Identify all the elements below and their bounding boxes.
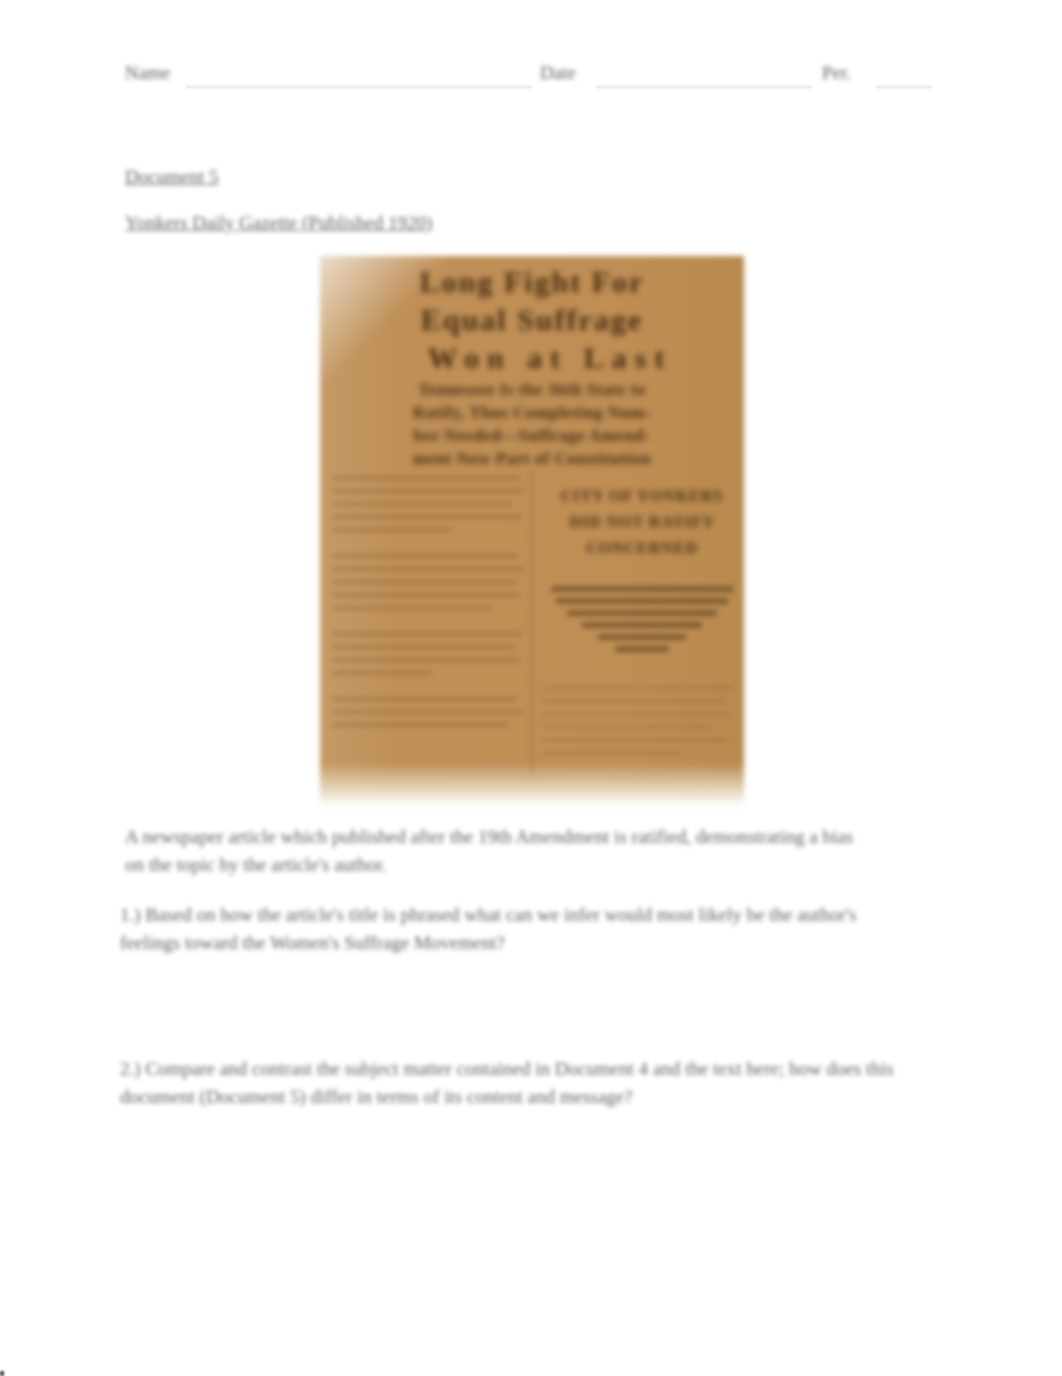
document-heading: Document 5 xyxy=(125,164,218,192)
subhead-line: Ratify, Thus Completing Num- xyxy=(330,401,734,424)
subhead-line: ment Now Part of Constitution xyxy=(330,447,734,470)
date-blank-line xyxy=(596,86,812,88)
pyramid-paragraph xyxy=(542,586,742,658)
caption-line: on the topic by the article's author. xyxy=(125,852,853,880)
question-line: document (Document 5) differ in terms of… xyxy=(120,1084,894,1112)
question-line: 1.) Based on how the article's title is … xyxy=(120,902,857,930)
source-line: Yonkers Daily Gazette (Published 1920) xyxy=(125,210,432,238)
crosshead-line: CONCERNED xyxy=(542,536,742,562)
subhead-line: ber Needed—Suffrage Amend- xyxy=(330,424,734,447)
headline-line: Won at Last xyxy=(320,340,744,378)
headline-line: Equal Suffrage xyxy=(320,302,744,340)
question-1: 1.) Based on how the article's title is … xyxy=(120,902,857,958)
date-label: Date xyxy=(540,60,576,88)
newspaper-headline: Long Fight For Equal Suffrage Won at Las… xyxy=(320,264,744,378)
crosshead-line: DID NOT RATIFY xyxy=(542,510,742,536)
caption: A newspaper article which published afte… xyxy=(125,824,853,880)
caption-line: A newspaper article which published afte… xyxy=(125,824,853,852)
per-blank-line xyxy=(876,86,932,88)
clipping-bottom-fade xyxy=(320,763,744,807)
crosshead-line: CITY OF YONKERS xyxy=(542,484,742,510)
newspaper-crosshead: CITY OF YONKERS DID NOT RATIFY CONCERNED xyxy=(542,484,742,562)
question-line: 2.) Compare and contrast the subject mat… xyxy=(120,1056,894,1084)
left-column-body-text xyxy=(332,476,524,736)
headline-line: Long Fight For xyxy=(320,264,744,302)
newspaper-clipping-image: Long Fight For Equal Suffrage Won at Las… xyxy=(320,256,744,801)
name-label: Name xyxy=(125,60,170,88)
question-line: feelings toward the Women's Suffrage Mov… xyxy=(120,930,857,958)
worksheet-page: Name Date Per. Document 5 Yonkers Daily … xyxy=(0,0,1062,1376)
scan-artifact-dot xyxy=(0,1371,4,1376)
newspaper-subheadline: Tennessee Is the 36th State to Ratify, T… xyxy=(330,378,734,470)
subhead-line: Tennessee Is the 36th State to xyxy=(330,378,734,401)
name-blank-line xyxy=(186,86,532,88)
per-label: Per. xyxy=(822,60,851,88)
question-2: 2.) Compare and contrast the subject mat… xyxy=(120,1056,894,1112)
right-column-body-text xyxy=(542,686,738,764)
column-divider xyxy=(531,470,532,792)
